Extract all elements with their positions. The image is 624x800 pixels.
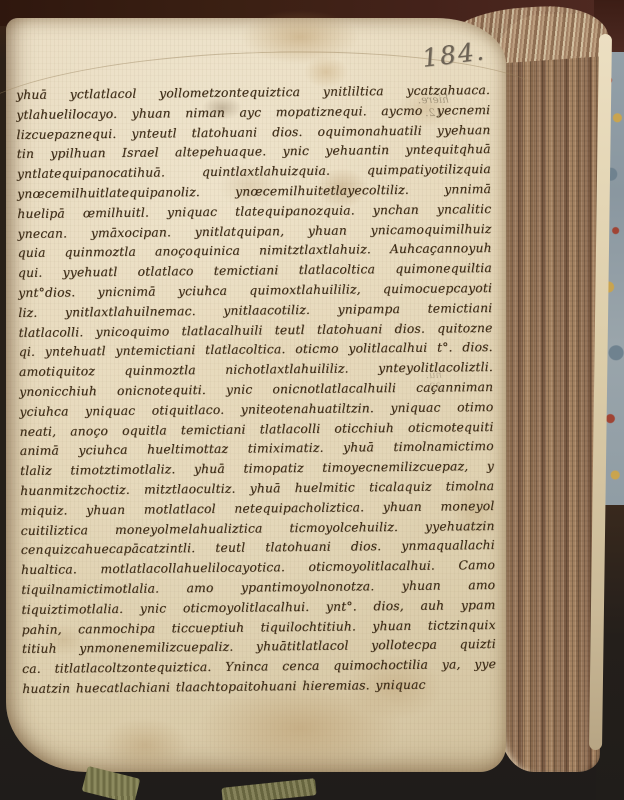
bookmark-ribbon xyxy=(221,778,316,800)
manuscript-page: 184. hiere. 12. nū. 32. yhuā yctlatlacol… xyxy=(6,18,506,772)
open-book-photo: 184. hiere. 12. nū. 32. yhuā yctlatlacol… xyxy=(0,0,624,800)
stain xyxy=(102,718,188,772)
stain xyxy=(241,10,359,64)
manuscript-text: yhuā yctlatlacol yollometzontequiztica y… xyxy=(16,81,496,700)
